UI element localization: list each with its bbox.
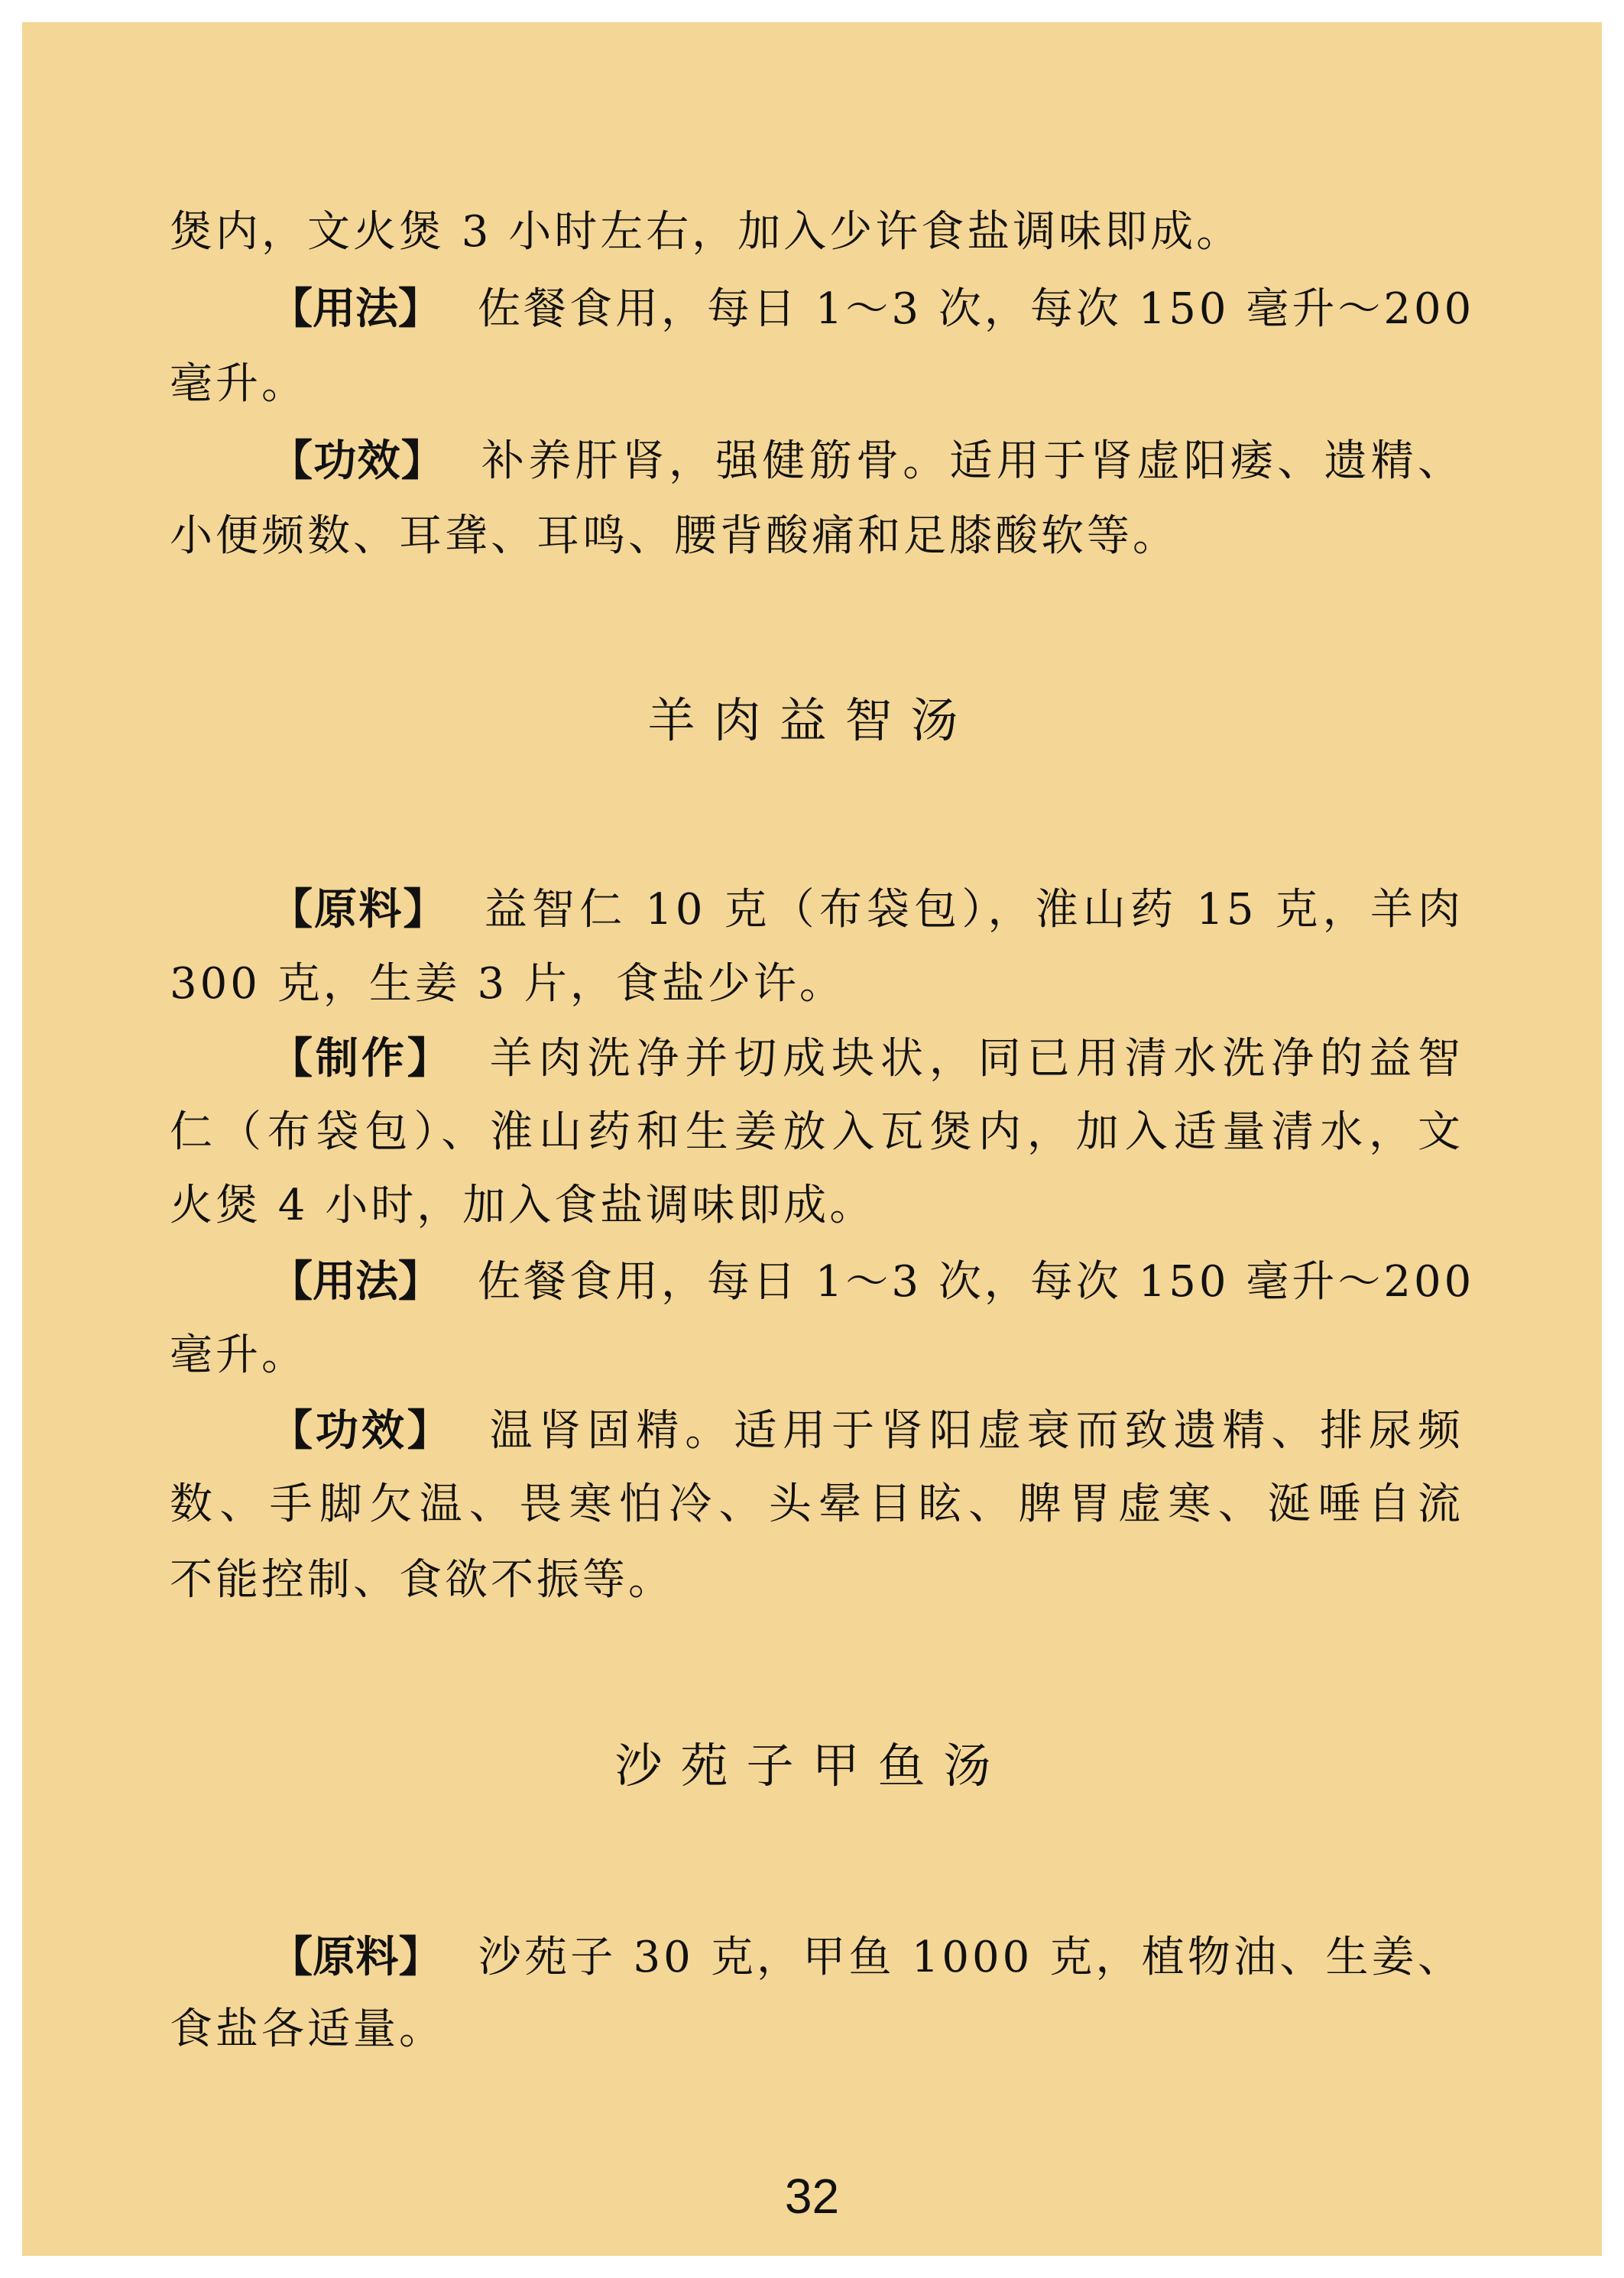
prev-effect-line-2: 小便频数、耳聋、耳鸣、腰背酸痛和足膝酸软等。 bbox=[170, 510, 1464, 563]
page-number: 32 bbox=[22, 2166, 1602, 2227]
recipe1-making-line-2: 仁（布袋包）、淮山药和生姜放入瓦煲内，加入适量清水，文 bbox=[170, 1106, 1464, 1159]
prev-usage-line-2: 毫升。 bbox=[170, 358, 1464, 411]
recipe1-making-line-3: 火煲 4 小时，加入食盐调味即成。 bbox=[170, 1179, 1464, 1233]
book-page: 煲内，文火煲 3 小时左右，加入少许食盐调味即成。 【用法】佐餐食用，每日 1～… bbox=[22, 22, 1602, 2256]
making-text: 羊肉洗净并切成块状，同已用清水洗净的益智 bbox=[490, 1034, 1464, 1084]
prev-usage-line-1: 【用法】佐餐食用，每日 1～3 次，每次 150 毫升～200 bbox=[170, 282, 1464, 335]
effect-label: 【功效】 bbox=[270, 436, 445, 486]
usage-label: 【用法】 bbox=[270, 284, 441, 334]
ingredients-text: 沙苑子 30 克，甲鱼 1000 克，植物油、生姜、 bbox=[478, 1933, 1464, 1982]
ingredients-label: 【原料】 bbox=[270, 884, 448, 935]
prev-effect-line-1: 【功效】补养肝肾，强健筋骨。适用于肾虚阳痿、遗精、 bbox=[170, 434, 1464, 488]
recipe1-effect-line-1: 【功效】温肾固精。适用于肾阳虚衰而致遗精、排尿频 bbox=[170, 1404, 1464, 1457]
recipe-title-shayuanzi-turtle-soup: 沙苑子甲鱼汤 bbox=[22, 1735, 1602, 1797]
usage-text: 佐餐食用，每日 1～3 次，每次 150 毫升～200 bbox=[478, 284, 1474, 334]
recipe-title-lamb-yizhi-soup: 羊肉益智汤 bbox=[22, 690, 1602, 751]
making-label: 【制作】 bbox=[270, 1033, 453, 1084]
prev-making-tail: 煲内，文火煲 3 小时左右，加入少许食盐调味即成。 bbox=[170, 206, 1464, 259]
recipe2-ingredients-line-1: 【原料】沙苑子 30 克，甲鱼 1000 克，植物油、生姜、 bbox=[170, 1930, 1464, 1984]
ingredients-label: 【原料】 bbox=[270, 1932, 442, 1982]
recipe1-ingredients-line-1: 【原料】益智仁 10 克（布袋包），淮山药 15 克，羊肉 bbox=[170, 883, 1464, 936]
effect-label: 【功效】 bbox=[270, 1405, 453, 1456]
usage-text: 佐餐食用，每日 1～3 次，每次 150 毫升～200 bbox=[478, 1257, 1474, 1307]
recipe1-effect-line-2: 数、手脚欠温、畏寒怕冷、头晕目眩、脾胃虚寒、涎唾自流 bbox=[170, 1478, 1464, 1531]
effect-text: 温肾固精。适用于肾阳虚衰而致遗精、排尿频 bbox=[490, 1406, 1464, 1456]
recipe1-making-line-1: 【制作】羊肉洗净并切成块状，同已用清水洗净的益智 bbox=[170, 1032, 1464, 1085]
ingredients-text: 益智仁 10 克（布袋包），淮山药 15 克，羊肉 bbox=[485, 885, 1464, 935]
effect-text: 补养肝肾，强健筋骨。适用于肾虚阳痿、遗精、 bbox=[481, 436, 1464, 486]
recipe1-effect-line-3: 不能控制、食欲不振等。 bbox=[170, 1554, 1464, 1607]
usage-label: 【用法】 bbox=[270, 1256, 441, 1307]
recipe1-usage-line-1: 【用法】佐餐食用，每日 1～3 次，每次 150 毫升～200 bbox=[170, 1255, 1464, 1308]
recipe2-ingredients-line-2: 食盐各适量。 bbox=[170, 2003, 1464, 2056]
recipe1-ingredients-line-2: 300 克，生姜 3 片，食盐少许。 bbox=[170, 958, 1464, 1011]
recipe1-usage-line-2: 毫升。 bbox=[170, 1329, 1464, 1382]
